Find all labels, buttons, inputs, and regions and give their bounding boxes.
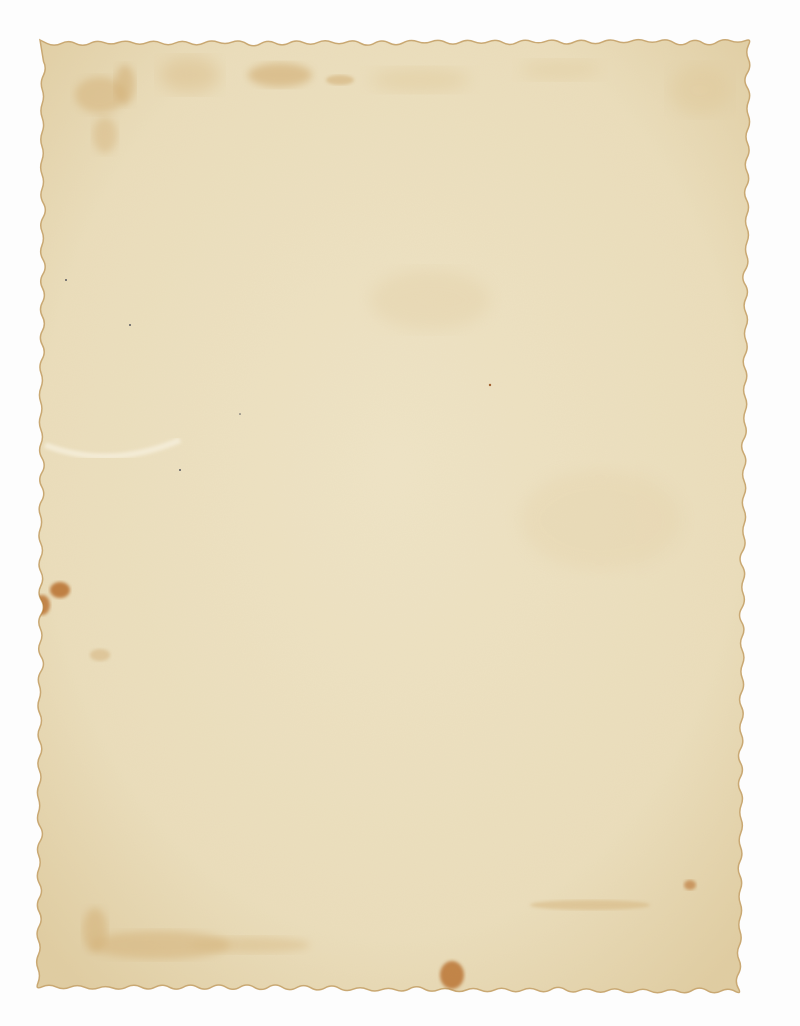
photo-scene bbox=[0, 0, 800, 1026]
aged-paper-card bbox=[0, 0, 800, 1026]
paper-stains bbox=[0, 0, 800, 1026]
